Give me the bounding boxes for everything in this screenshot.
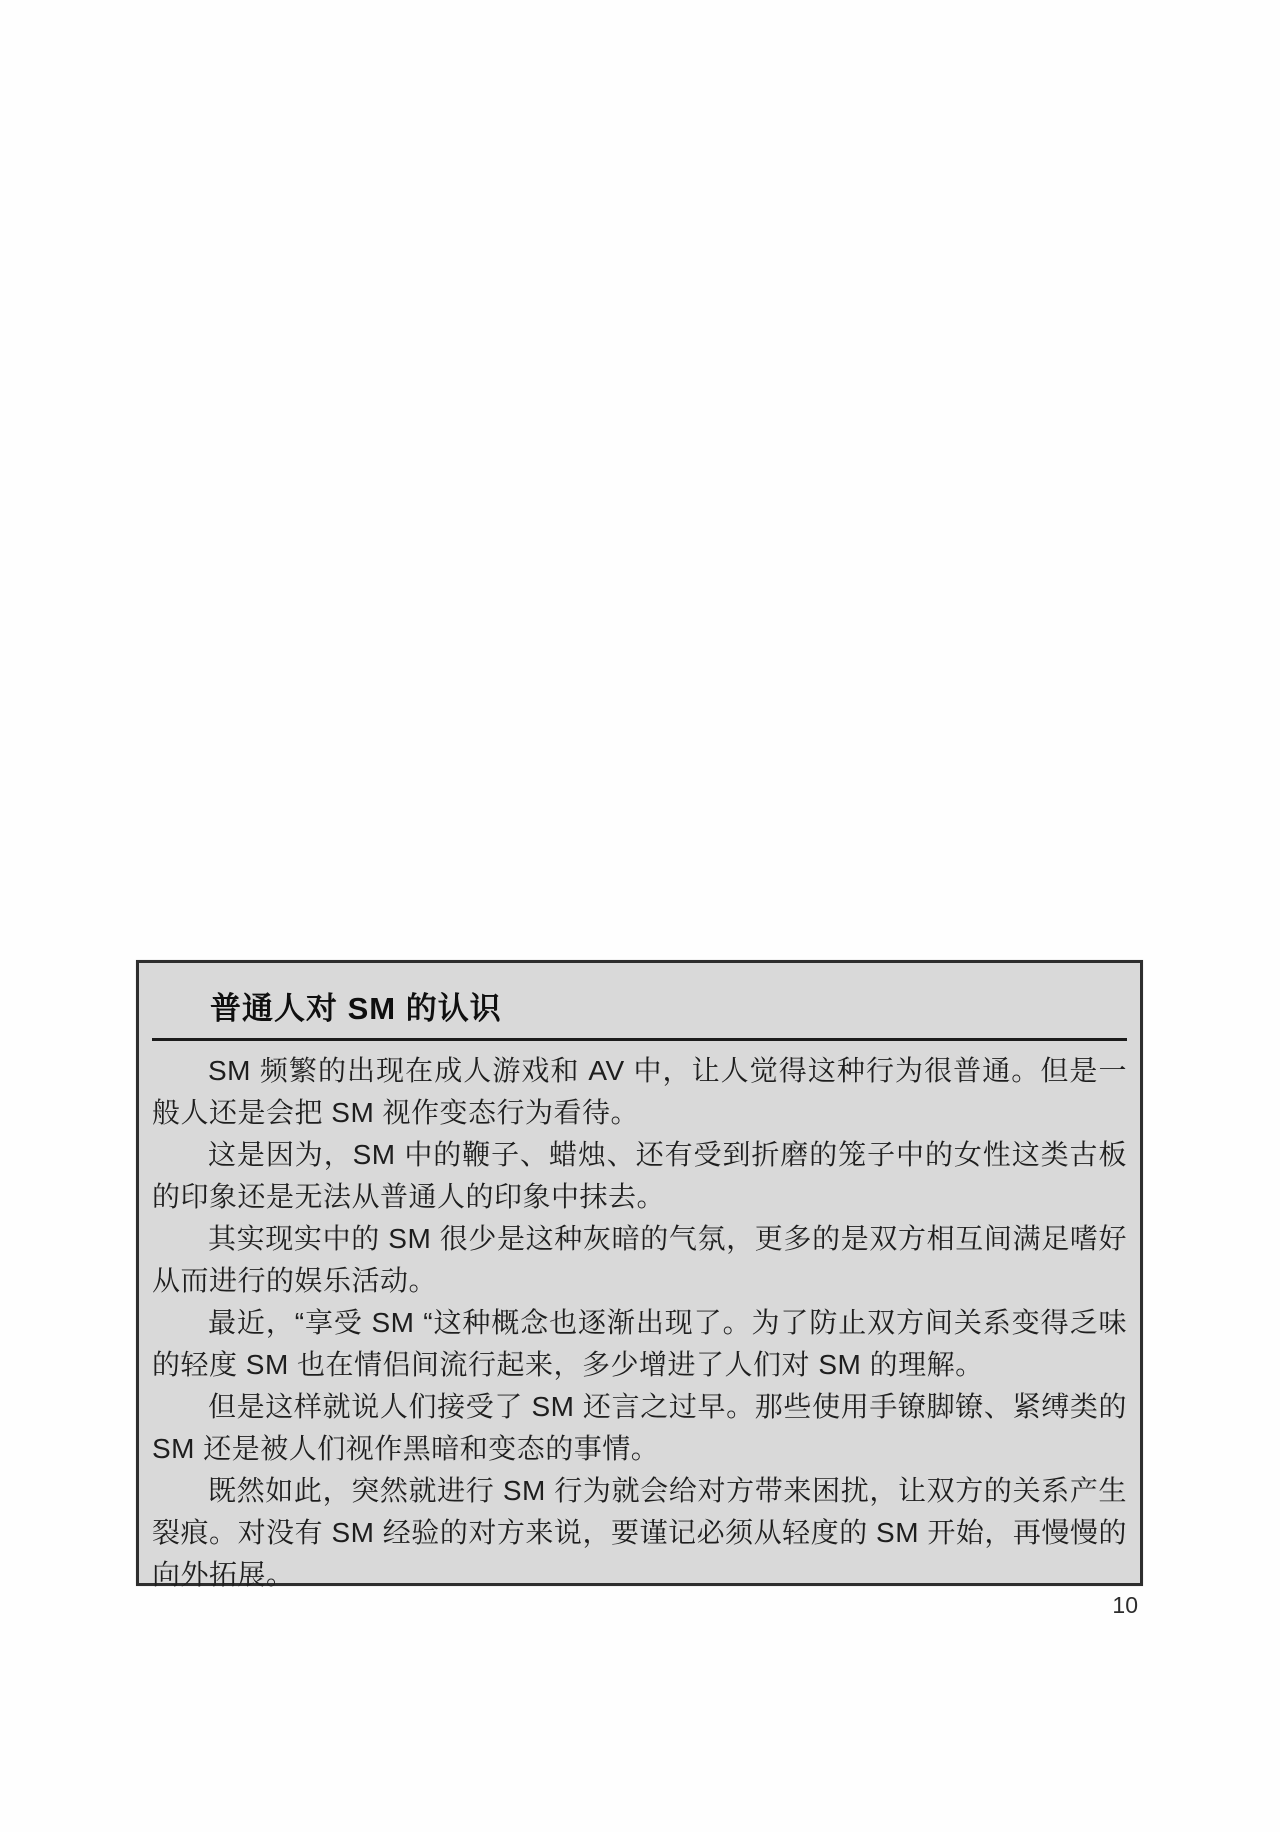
- document-page: 普通人对 SM 的认识 SM 频繁的出现在成人游戏和 AV 中，让人觉得这种行为…: [0, 0, 1280, 1832]
- title-divider: [152, 1038, 1127, 1041]
- body-paragraph: 最近，“享受 SM “这种概念也逐渐出现了。为了防止双方间关系变得乏味的轻度 S…: [152, 1302, 1127, 1386]
- panel-title: 普通人对 SM 的认识: [152, 989, 1127, 1029]
- panel-body: SM 频繁的出现在成人游戏和 AV 中，让人觉得这种行为很普通。但是一般人还是会…: [152, 1050, 1127, 1596]
- page-number: 10: [136, 1592, 1138, 1619]
- body-paragraph: 其实现实中的 SM 很少是这种灰暗的气氛，更多的是双方相互间满足嗜好从而进行的娱…: [152, 1218, 1127, 1302]
- body-paragraph: SM 频繁的出现在成人游戏和 AV 中，让人觉得这种行为很普通。但是一般人还是会…: [152, 1050, 1127, 1134]
- content-panel: 普通人对 SM 的认识 SM 频繁的出现在成人游戏和 AV 中，让人觉得这种行为…: [136, 960, 1143, 1586]
- body-paragraph: 既然如此，突然就进行 SM 行为就会给对方带来困扰，让双方的关系产生裂痕。对没有…: [152, 1470, 1127, 1596]
- body-paragraph: 这是因为，SM 中的鞭子、蜡烛、还有受到折磨的笼子中的女性这类古板的印象还是无法…: [152, 1134, 1127, 1218]
- body-paragraph: 但是这样就说人们接受了 SM 还言之过早。那些使用手镣脚镣、紧缚类的 SM 还是…: [152, 1386, 1127, 1470]
